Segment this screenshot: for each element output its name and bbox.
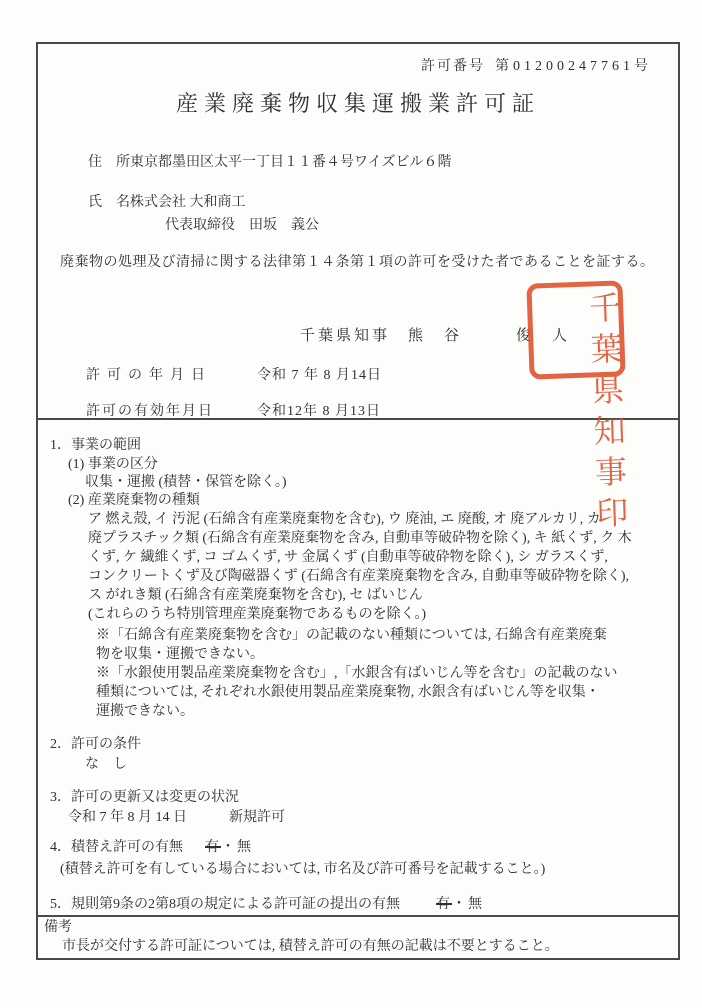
permit-date-label: 許可の年月日 — [86, 366, 212, 385]
address-value: 東京都墨田区太平一丁目１１番４号ワイズビル６階 — [130, 153, 451, 172]
holder-representative: 代表取締役 田坂 義公 — [165, 216, 319, 235]
remarks-heading: 備考 — [44, 918, 72, 937]
waste-line: くず, ケ 繊維くず, コ ゴムくず, サ 金属くず (自動車等破砕物を除く),… — [88, 548, 632, 567]
transshipment-label: 4．積替え許可の有無 — [50, 840, 183, 855]
remarks-text: 市長が交付する許可証については, 積替え許可の有無の記載は不要とすること。 — [62, 937, 559, 956]
note-asbestos: ※「石綿含有産業廃棄物を含む」の記載のない種類については, 石綿含有産業廃棄 物… — [96, 626, 618, 664]
holder-company: 株式会社 大和商工 — [130, 193, 246, 212]
document-title: 産業廃棄物収集運搬業許可証 — [38, 94, 678, 113]
transshipment-line: 4．積替え許可の有無有・無 — [50, 838, 253, 857]
option-separator: ・ — [452, 897, 468, 912]
scope-heading: 1．事業の範囲 — [50, 436, 141, 455]
renewal-value: 令和 7 年 8 月 14 日 新規許可 — [68, 808, 285, 827]
waste-line: 廃プラスチック類 (石綿含有産業廃棄物を含み, 自動車等破砕物を除く), キ 紙… — [88, 529, 632, 548]
transshipment-note: (積替え許可を有している場合においては, 市名及び許可番号を記載すること。) — [60, 860, 545, 879]
address-label: 住 所 — [88, 153, 130, 172]
scanned-permit-document: { "colors": { "paper": "#fdfdfb", "ink":… — [0, 0, 702, 1008]
waste-line: ア 燃え殻, イ 汚泥 (石綿含有産業廃棄物を含む), ウ 廃油, エ 廃酸, … — [88, 510, 632, 529]
option-nashi: 無 — [237, 840, 253, 855]
asbestos-mercury-notes: ※「石綿含有産業廃棄物を含む」の記載のない種類については, 石綿含有産業廃棄 物… — [96, 626, 618, 721]
governor-red-seal: 千葉県知事印 — [526, 280, 625, 379]
option-nashi: 無 — [468, 897, 484, 912]
option-separator: ・ — [221, 840, 237, 855]
waste-line: (これらのうち特別管理産業廃棄物であるものを除く。) — [88, 605, 632, 624]
scope-division-heading: (1) 事業の区分 — [68, 455, 158, 474]
note-mercury: ※「水銀使用製品産業廃棄物を含む」,「水銀含有ばいじん等を含む」の記載のない 種… — [96, 664, 618, 721]
waste-line: ス がれき類 (石綿含有産業廃棄物を含む), セ ばいじん — [88, 586, 632, 605]
conditions-heading: 2．許可の条件 — [50, 735, 141, 754]
permit-date-value: 令和 7 年 8 月14日 — [257, 366, 382, 385]
submission-options: 有・無 — [436, 897, 484, 912]
renewal-heading: 3．許可の更新又は変更の状況 — [50, 788, 239, 807]
option-ari-struck: 有 — [436, 897, 452, 912]
expiry-date-value: 令和12年 8 月13日 — [257, 402, 381, 421]
submission-line: 5．規則第9条の2第8項の規定による許可証の提出の有無有・無 — [50, 895, 484, 914]
scope-division-value: 収集・運搬 (積替・保管を除く。) — [85, 473, 287, 492]
permit-number-line: 許可番号第01200247761号 — [421, 57, 652, 76]
conditions-value: な し — [85, 755, 127, 774]
permit-number-label: 許可番号 — [421, 59, 485, 74]
scope-types-heading: (2) 産業廃棄物の種類 — [68, 491, 200, 510]
waste-line: コンクリートくず及び陶磁器くず (石綿含有産業廃棄物を含み, 自動車等破砕物を除… — [88, 567, 632, 586]
transshipment-options: 有・無 — [205, 840, 253, 855]
section-permit-details: 1．事業の範囲 (1) 事業の区分 収集・運搬 (積替・保管を除く。) (2) … — [38, 420, 678, 917]
certification-statement: 廃棄物の処理及び清掃に関する法律第１４条第１項の許可を受けた者であることを証する… — [60, 253, 655, 272]
document-outer-frame: 許可番号第01200247761号 産業廃棄物収集運搬業許可証 住 所 東京都墨… — [36, 42, 680, 960]
option-ari-struck: 有 — [205, 840, 221, 855]
section-title-block: 許可番号第01200247761号 産業廃棄物収集運搬業許可証 住 所 東京都墨… — [38, 44, 678, 420]
section-remarks: 備考 市長が交付する許可証については, 積替え許可の有無の記載は不要とすること。 — [38, 917, 678, 958]
expiry-date-label: 許可の有効年月日 — [86, 402, 214, 421]
waste-type-list: ア 燃え殻, イ 汚泥 (石綿含有産業廃棄物を含む), ウ 廃油, エ 廃酸, … — [88, 510, 632, 624]
submission-label: 5．規則第9条の2第8項の規定による許可証の提出の有無 — [50, 897, 400, 912]
permit-number-value: 第01200247761号 — [495, 59, 652, 74]
holder-name-label: 氏 名 — [88, 193, 130, 212]
